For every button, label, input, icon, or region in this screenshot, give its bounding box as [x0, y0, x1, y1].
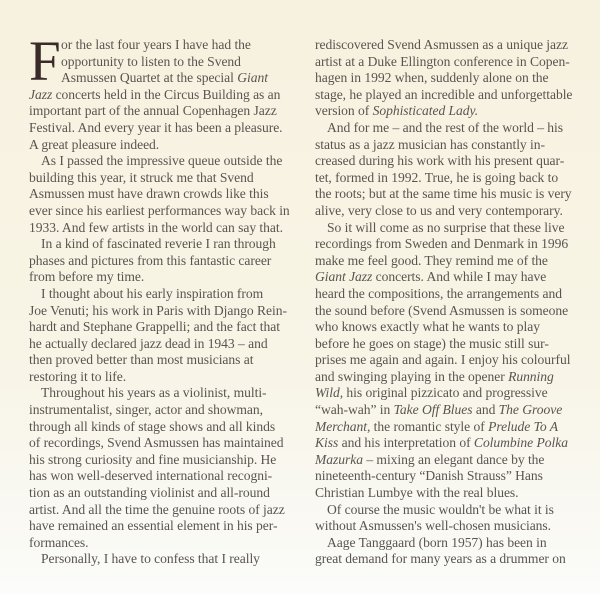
- text-line: of recordings, Svend Asmussen has mainta…: [29, 435, 291, 452]
- text-line: have remained an essential element in hi…: [29, 518, 291, 535]
- text-line: opportunity to listen to the Svend: [29, 54, 291, 71]
- text-line: building this year, it struck me that Sv…: [29, 170, 291, 187]
- text-line: Kiss and his interpretation of Columbine…: [315, 435, 577, 452]
- text-line: Joe Venuti; his work in Paris with Djang…: [29, 303, 291, 320]
- text-line: status as a jazz musician has constantly…: [315, 137, 577, 154]
- text-line: Throughout his years as a violinist, mul…: [29, 385, 291, 402]
- text-line: Merchant, the romantic style of Prelude …: [315, 419, 577, 436]
- text-line: who knows exactly what he wants to play: [315, 319, 577, 336]
- italic-title: Take Off Blues: [394, 402, 473, 417]
- right-column: rediscovered Svend Asmussen as a unique …: [315, 37, 577, 568]
- text-line: “wah-wah” in Take Off Blues and The Groo…: [315, 402, 577, 419]
- text-line: And for me – and the rest of the world –…: [315, 120, 577, 137]
- text-line: Personally, I have to confess that I rea…: [29, 551, 291, 568]
- text-line: Asmussen Quartet at the special Giant: [29, 70, 291, 87]
- text-line: I thought about his early inspiration fr…: [29, 286, 291, 303]
- text-line: then proved better than most musicians a…: [29, 352, 291, 369]
- text-line: In a kind of fascinated reverie I ran th…: [29, 236, 291, 253]
- text-line: 1933. And few artists in the world can s…: [29, 220, 291, 237]
- text-line: heard the compositions, the arrangements…: [315, 286, 577, 303]
- text-line: instrumentalist, singer, actor and showm…: [29, 402, 291, 419]
- text-line: he actually declared jazz dead in 1943 –…: [29, 336, 291, 353]
- text-line: from before my time.: [29, 269, 291, 286]
- text-line: Wild, his original pizzicato and progres…: [315, 385, 577, 402]
- italic-title: The Groove: [499, 402, 563, 417]
- text-line: stage, he played an incredible and unfor…: [315, 87, 577, 104]
- text-line: Asmussen must have drawn crowds like thi…: [29, 186, 291, 203]
- text-line: the sound before (Svend Asmussen is some…: [315, 303, 577, 320]
- text-line: important part of the annual Copenhagen …: [29, 103, 291, 120]
- italic-title: Merchant: [315, 419, 367, 434]
- italic-title: Wild: [315, 385, 340, 400]
- italic-title: Giant: [237, 70, 268, 85]
- text-line: the roots; but at the same time his musi…: [315, 186, 577, 203]
- italic-title: Mazurka: [315, 452, 363, 467]
- drop-cap: F: [29, 38, 61, 86]
- text-line: artist. And all the time the genuine roo…: [29, 502, 291, 519]
- text-line: alive, very close to us and very contemp…: [315, 203, 577, 220]
- italic-title: Sophisticated Lady.: [373, 103, 479, 118]
- text-line: tet, formed in 1992. True, he is going b…: [315, 170, 577, 187]
- text-line: or the last four years I have had the: [29, 37, 291, 54]
- text-line: phases and pictures from this fantastic …: [29, 253, 291, 270]
- text-line: great demand for many years as a drummer…: [315, 551, 577, 568]
- left-column: F or the last four years I have had the …: [29, 37, 291, 568]
- text-line: Festival. And every year it has been a p…: [29, 120, 291, 137]
- text-line: creased during his work with his present…: [315, 153, 577, 170]
- text-line: before he goes on stage) the music still…: [315, 336, 577, 353]
- text-line: hagen in 1992 when, suddenly alone on th…: [315, 70, 577, 87]
- text-line: rediscovered Svend Asmussen as a unique …: [315, 37, 577, 54]
- text-line: prises me again and again. I enjoy his c…: [315, 352, 577, 369]
- text-line: So it will come as no surprise that thes…: [315, 220, 577, 237]
- text-line: make me feel good. They remind me of the: [315, 253, 577, 270]
- text-line: recordings from Sweden and Denmark in 19…: [315, 236, 577, 253]
- text-line: Mazurka – mixing an elegant dance by the: [315, 452, 577, 469]
- italic-title: Kiss: [315, 435, 338, 450]
- text-line: Aage Tanggaard (born 1957) has been in: [315, 535, 577, 552]
- text-line: has won well-deserved international reco…: [29, 468, 291, 485]
- text-line: his strong curiosity and fine musiciansh…: [29, 452, 291, 469]
- text-line: tion as an outstanding violinist and all…: [29, 485, 291, 502]
- text-line: nineteenth-century “Danish Strauss” Hans: [315, 468, 577, 485]
- text-line: Christian Lumbye with the real blues.: [315, 485, 577, 502]
- text-line: without Asmussen's well-chosen musicians…: [315, 518, 577, 535]
- text-line: Jazz concerts held in the Circus Buildin…: [29, 87, 291, 104]
- text-line: ever since his earliest performances way…: [29, 203, 291, 220]
- text-line: and swinging playing in the opener Runni…: [315, 369, 577, 386]
- text-line: As I passed the impressive queue outside…: [29, 153, 291, 170]
- text-line: Giant Jazz concerts. And while I may hav…: [315, 269, 577, 286]
- first-paragraph: F or the last four years I have had the …: [29, 37, 291, 153]
- italic-title: Columbine Polka: [474, 435, 568, 450]
- booklet-page: F or the last four years I have had the …: [0, 0, 600, 594]
- italic-title: Prelude To A: [488, 419, 558, 434]
- text-line: hardt and Stephane Grappelli; and the fa…: [29, 319, 291, 336]
- text-line: Of course the music wouldn't be what it …: [315, 502, 577, 519]
- italic-title: Giant Jazz: [315, 269, 372, 284]
- text-line: restoring it to life.: [29, 369, 291, 386]
- text-line: artist at a Duke Ellington conference in…: [315, 54, 577, 71]
- text-line: through all kinds of stage shows and all…: [29, 419, 291, 436]
- text-line: formances.: [29, 535, 291, 552]
- text-line: version of Sophisticated Lady.: [315, 103, 577, 120]
- italic-title: Running: [508, 369, 554, 384]
- text-line: A great pleasure indeed.: [29, 137, 291, 154]
